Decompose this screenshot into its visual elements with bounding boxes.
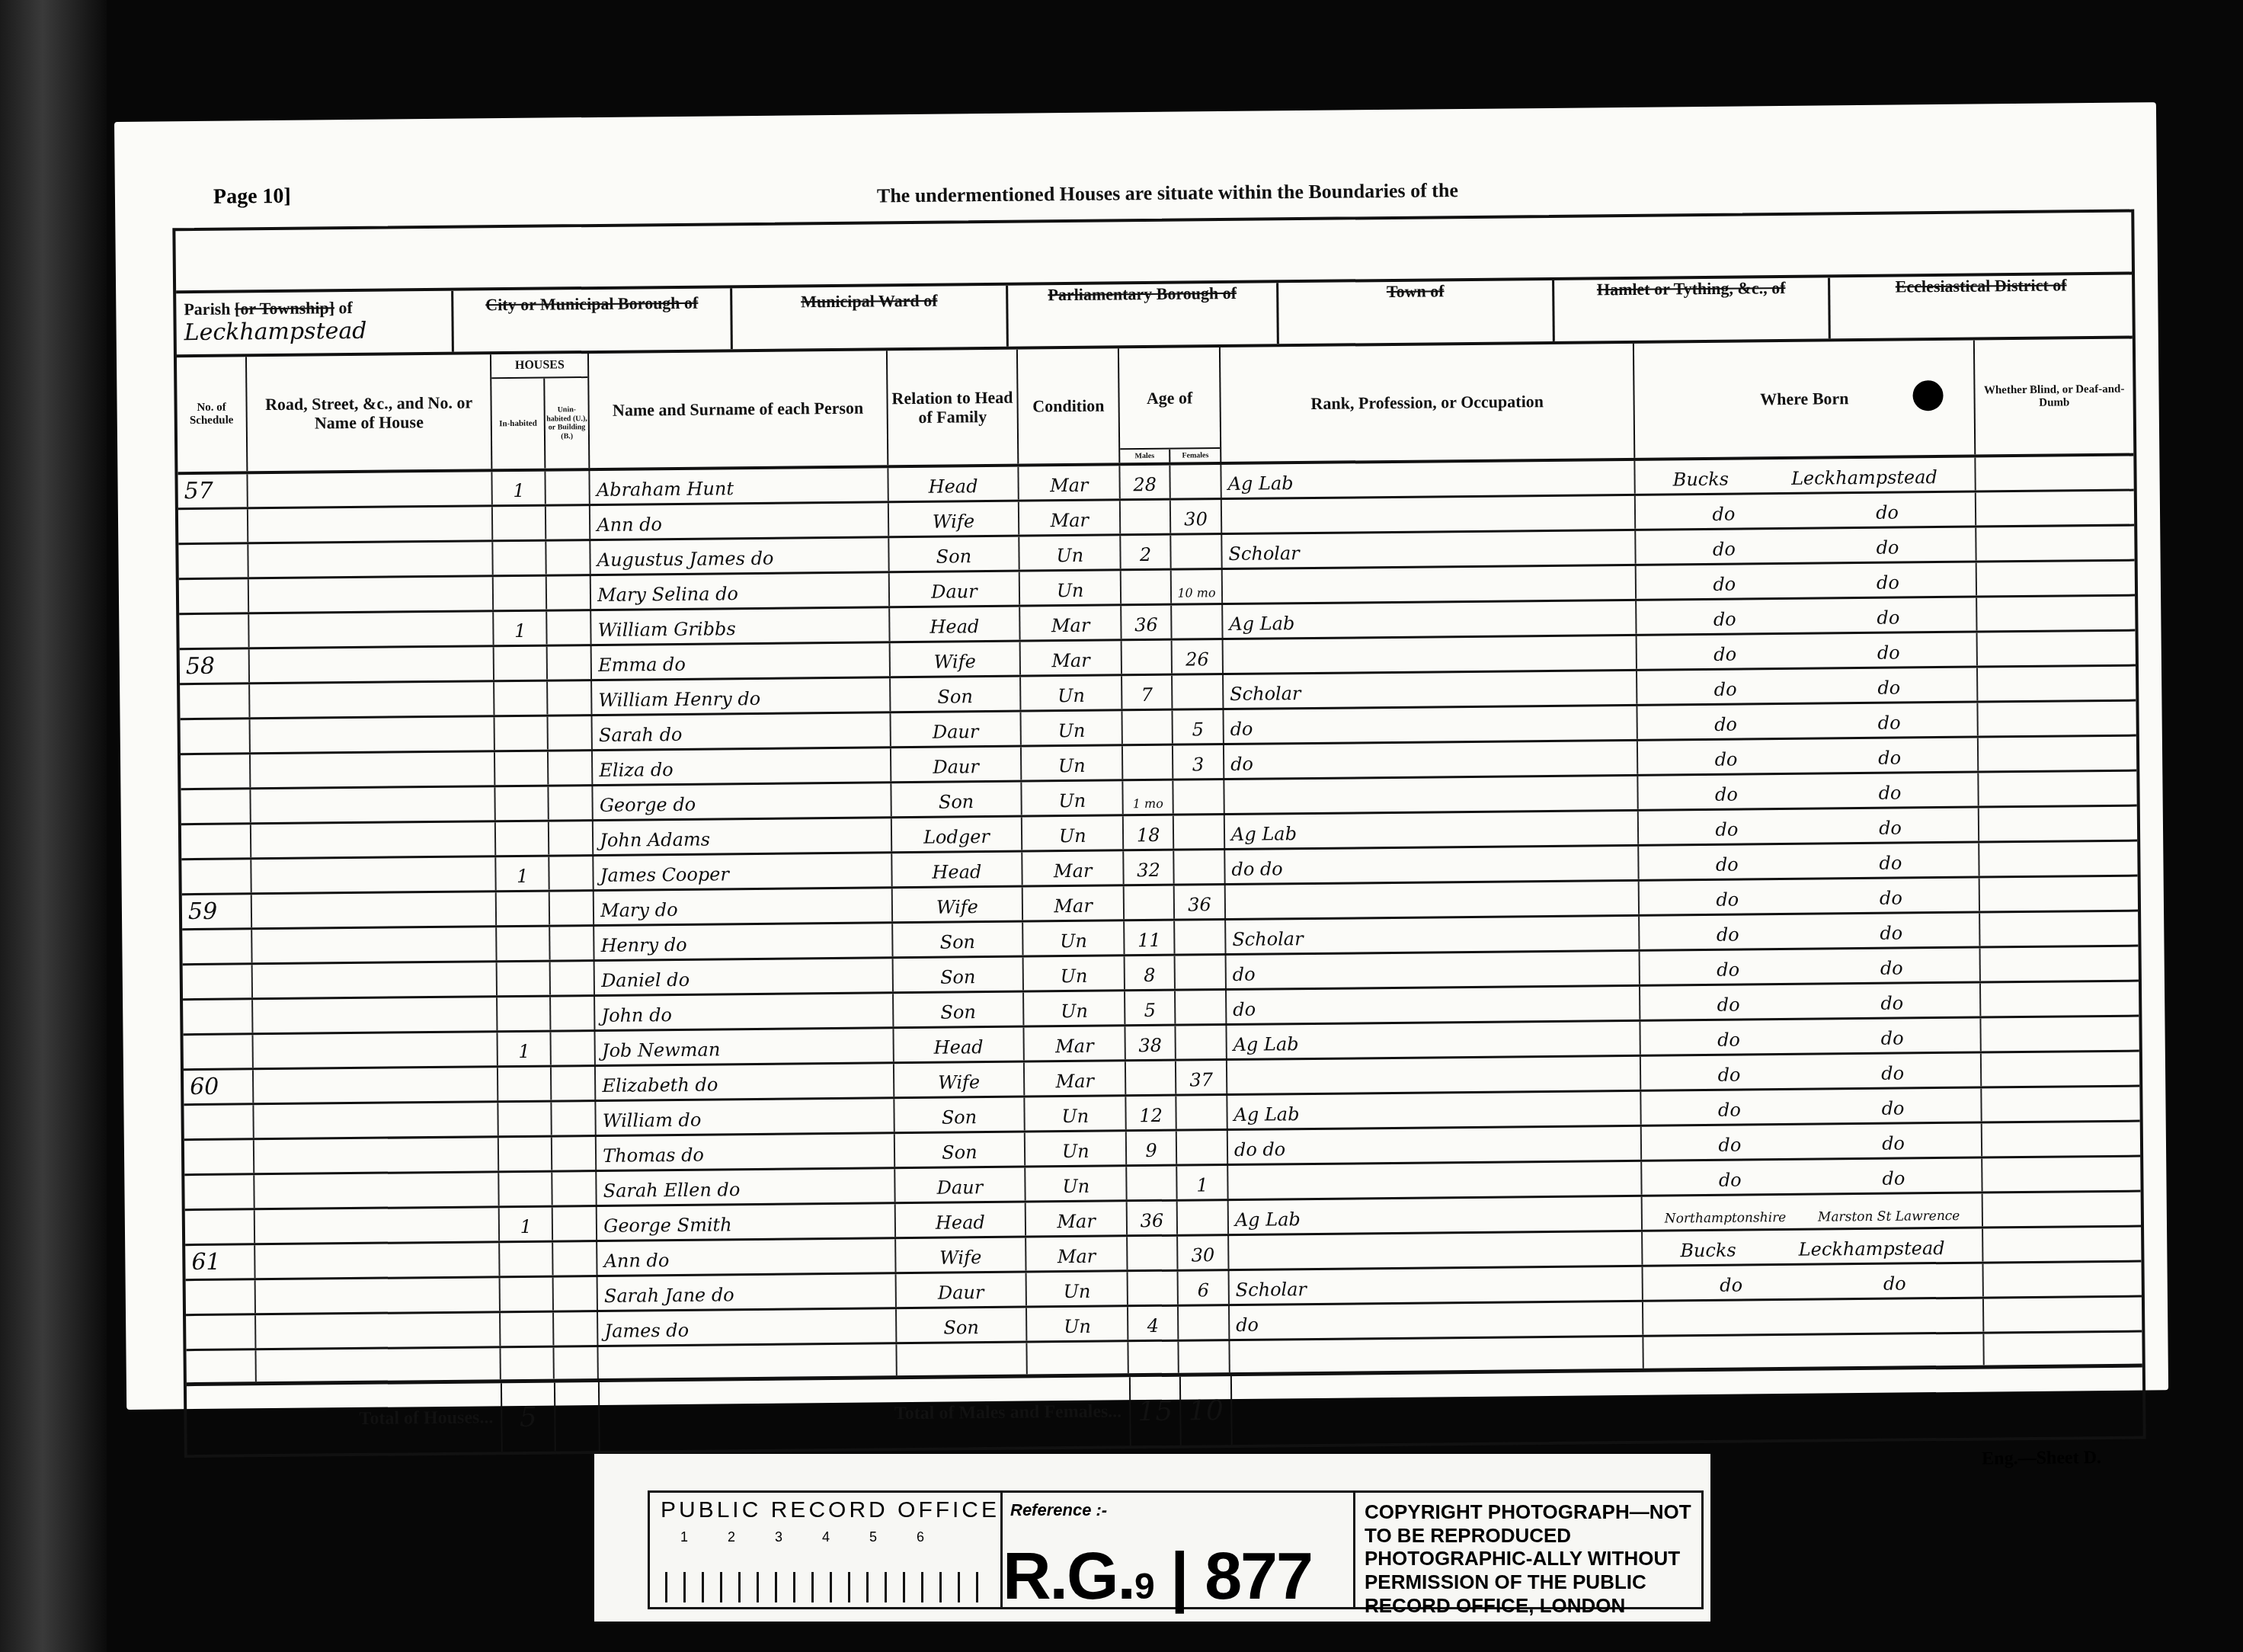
reference-label: Reference :- — [1010, 1500, 1107, 1520]
total-houses-value: 5 — [502, 1383, 556, 1452]
municipal-borough-cell: City or Municipal Borough of — [453, 288, 733, 352]
col-where-born: Where Born — [1634, 341, 1976, 458]
ruler-ticks — [665, 1572, 985, 1602]
census-rows: 57 1 Abraham HuntHead Mar28 Ag Lab Bucks… — [178, 456, 2142, 1387]
col-name: Name and Surname of each Person — [589, 351, 888, 468]
column-headers: No. of Schedule Road, Street, &c., and N… — [177, 339, 2133, 475]
reference-code: R.G.9 | 877 — [1003, 1537, 1312, 1615]
col-males: Males — [1120, 449, 1170, 463]
col-schedule: No. of Schedule — [177, 357, 248, 472]
col-blind: Whether Blind, or Deaf-and-Dumb — [1975, 339, 2133, 455]
pro-reference-label: PUBLIC RECORD OFFICE 1 2 3 4 5 6 Referen… — [594, 1454, 1710, 1622]
municipal-ward-cell: Municipal Ward of — [732, 286, 1009, 349]
town-cell: Town of — [1278, 280, 1555, 344]
boundaries-title: The undermentioned Houses are situate wi… — [877, 179, 1458, 207]
sheet-identifier: Eng.—Sheet D. — [1982, 1448, 2101, 1470]
col-occupation: Rank, Profession, or Occupation — [1221, 344, 1635, 462]
hamlet-cell: Hamlet or Tything, &c., of — [1554, 277, 1831, 341]
col-females: Females — [1170, 449, 1220, 463]
census-sheet: The undermentioned Houses are situate wi… — [114, 102, 2168, 1410]
col-road: Road, Street, &c., and No. or Name of Ho… — [247, 354, 493, 471]
col-relation: Relation to Head of Family — [888, 350, 1019, 466]
ecclesiastical-district-cell: Ecclesiastical District of — [1830, 275, 2133, 339]
total-houses-label: Total of Houses... — [187, 1383, 503, 1455]
punch-hole-dot — [1913, 380, 1944, 411]
total-males: 15 — [1131, 1377, 1182, 1446]
col-houses: HOUSES In-habited Unin-habited (U.), or … — [491, 354, 590, 469]
parliamentary-borough-cell: Parliamentary Borough of — [1008, 283, 1279, 346]
page-number: Page 10] — [213, 184, 291, 210]
total-females: 10 — [1181, 1376, 1233, 1445]
total-persons-label: Total of Males and Females... — [600, 1377, 1131, 1451]
census-table: Page 10] Parish [or Township] of Leckham… — [172, 210, 2145, 1458]
parish-cell: Parish [or Township] of Leckhampstead — [176, 291, 454, 354]
col-uninhabited: Unin-habited (U.), or Building (B.) — [545, 378, 588, 468]
col-age: Age of Males Females — [1119, 347, 1221, 463]
col-inhabited: In-habited — [492, 379, 546, 469]
copyright-notice: COPYRIGHT PHOTOGRAPH—NOT TO BE REPRODUCE… — [1355, 1493, 1701, 1607]
film-edge — [0, 0, 107, 1652]
reference-box: Reference :- R.G.9 | 877 — [1003, 1493, 1355, 1607]
col-condition: Condition — [1018, 348, 1120, 463]
parish-value: Leckhampstead — [184, 317, 443, 346]
pro-ruler: PUBLIC RECORD OFFICE 1 2 3 4 5 6 — [650, 1493, 1003, 1607]
office-name: PUBLIC RECORD OFFICE — [661, 1497, 1000, 1523]
ruler-numbers: 1 2 3 4 5 6 — [680, 1529, 924, 1545]
